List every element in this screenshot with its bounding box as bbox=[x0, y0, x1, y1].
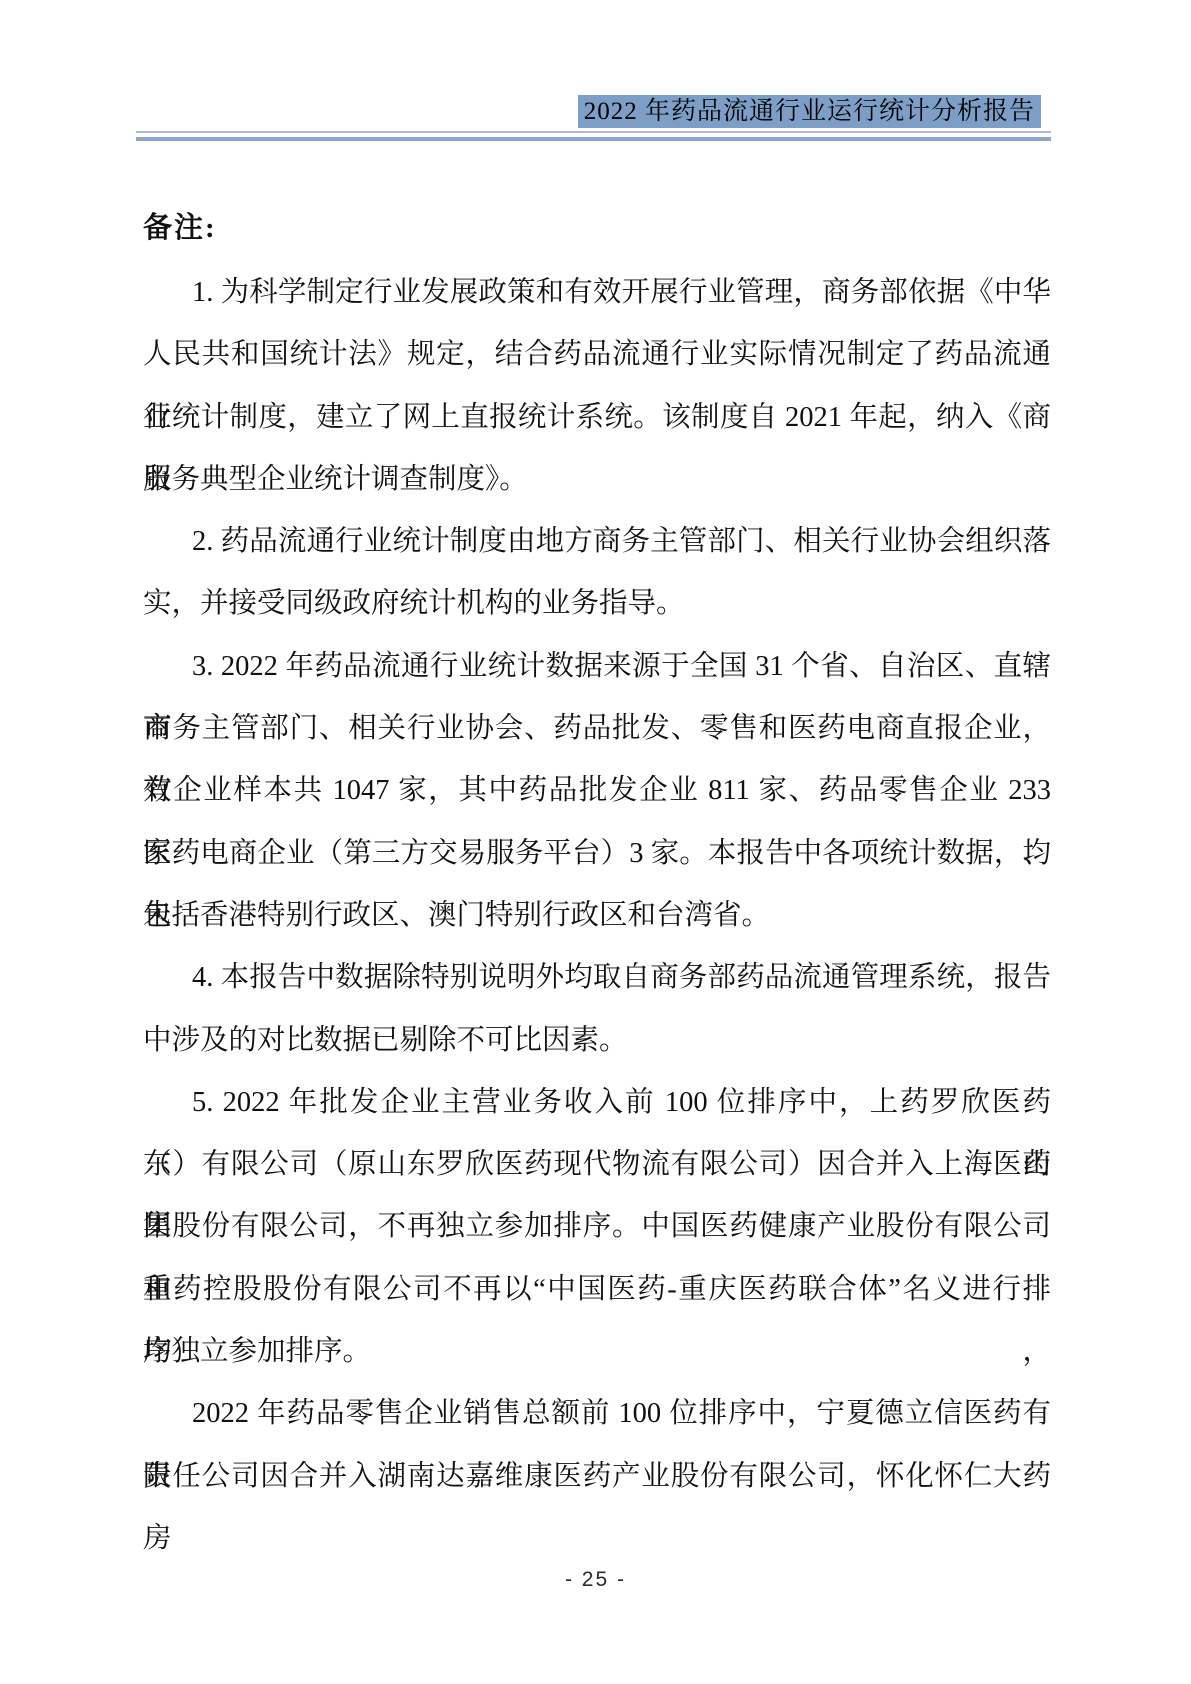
text-line: 2. 药品流通行业统计制度由地方商务主管部门、相关行业协会组织落 bbox=[143, 511, 1051, 573]
text-line: 中涉及的对比数据已剔除不可比因素。 bbox=[143, 1010, 1051, 1072]
paragraph-lines-container: 1. 为科学制定行业发展政策和有效开展行业管理，商务部依据《中华人民共和国统计法… bbox=[143, 262, 1051, 1508]
header-rule-thick-line bbox=[136, 137, 1051, 141]
text-line: 团股份有限公司，不再独立参加排序。中国医药健康产业股份有限公司和 bbox=[143, 1196, 1051, 1258]
text-line: 1. 为科学制定行业发展政策和有效开展行业管理，商务部依据《中华 bbox=[143, 262, 1051, 324]
text-line: 服务典型企业统计调查制度》。 bbox=[143, 449, 1051, 511]
notes-section: 备注: 1. 为科学制定行业发展政策和有效开展行业管理，商务部依据《中华人民共和… bbox=[143, 198, 1051, 1508]
text-line: 医药电商企业（第三方交易服务平台）3 家。本报告中各项统计数据，均未 bbox=[143, 823, 1051, 885]
page-number: - 25 - bbox=[565, 1568, 626, 1592]
running-header-title: 2022 年药品流通行业运行统计分析报告 bbox=[578, 95, 1041, 128]
document-page: 2022 年药品流通行业运行统计分析报告 备注: 1. 为科学制定行业发展政策和… bbox=[0, 0, 1191, 1684]
header-rule-thin-line bbox=[136, 131, 1051, 133]
text-line: 包括香港特别行政区、澳门特别行政区和台湾省。 bbox=[143, 885, 1051, 947]
text-line: 实，并接受同级政府统计机构的业务指导。 bbox=[143, 573, 1051, 635]
text-line: 效企业样本共 1047 家，其中药品批发企业 811 家、药品零售企业 233 … bbox=[143, 760, 1051, 822]
text-line: 2022 年药品零售企业销售总额前 100 位排序中，宁夏德立信医药有限 bbox=[143, 1383, 1051, 1445]
text-line: 5. 2022 年批发企业主营业务收入前 100 位排序中，上药罗欣医药（山 bbox=[143, 1072, 1051, 1134]
text-line: 业统计制度，建立了网上直报统计系统。该制度自 2021 年起，纳入《商贸 bbox=[143, 387, 1051, 449]
header-double-rule bbox=[136, 131, 1051, 142]
page-footer: - 25 - bbox=[0, 1568, 1191, 1592]
notes-heading: 备注: bbox=[143, 198, 1051, 262]
text-line: 3. 2022 年药品流通行业统计数据来源于全国 31 个省、自治区、直辖市 bbox=[143, 636, 1051, 698]
text-line: 重药控股股份有限公司不再以“中国医药-重庆医药联合体”名义进行排序， bbox=[143, 1259, 1051, 1321]
text-line: 东）有限公司（原山东罗欣医药现代物流有限公司）因合并入上海医药集 bbox=[143, 1134, 1051, 1196]
text-line: 责任公司因合并入湖南达嘉维康医药产业股份有限公司，怀化怀仁大药房 bbox=[143, 1446, 1051, 1508]
text-line: 商务主管部门、相关行业协会、药品批发、零售和医药电商直报企业，有 bbox=[143, 698, 1051, 760]
text-line: 人民共和国统计法》规定，结合药品流通行业实际情况制定了药品流通行 bbox=[143, 324, 1051, 386]
text-line: 4. 本报告中数据除特别说明外均取自商务部药品流通管理系统，报告 bbox=[143, 947, 1051, 1009]
